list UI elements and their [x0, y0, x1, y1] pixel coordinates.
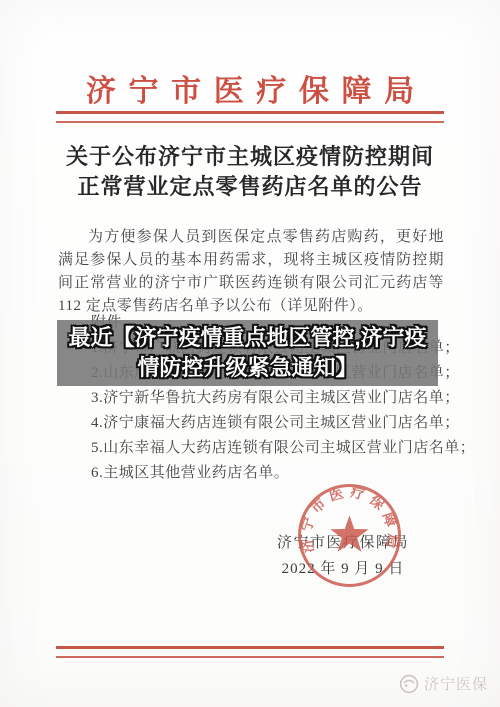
- seal-star-icon: [330, 515, 368, 552]
- watermark: 济宁医保: [399, 673, 488, 694]
- news-headline-overlay: 最近【济宁疫情重点地区管控,济宁疫 情防控升级紧急通知】: [57, 320, 438, 386]
- headline-line2: 情防控升级紧急通知】: [137, 353, 357, 383]
- letterhead-divider: [56, 111, 444, 123]
- footer-divider: [56, 646, 444, 658]
- attachment-item-5: 5.山东幸福人大药店连锁有限公司主城区营业门店名单；: [58, 436, 444, 461]
- body-paragraph: 为方便参保人员到医保定点零售药店购药，更好地满足参保人员的基本用药需求，现将主城…: [58, 226, 444, 318]
- watermark-label: 济宁医保: [424, 673, 488, 694]
- document-title-line2: 正常营业定点零售药店名单的公告: [0, 172, 500, 202]
- document-title-line1: 关于公布济宁市主城区疫情防控期间: [0, 142, 500, 172]
- jining-yibao-logo-icon: [399, 674, 419, 694]
- document-page: 济宁市医疗保障局 关于公布济宁市主城区疫情防控期间 正常营业定点零售药店名单的公…: [0, 0, 500, 707]
- attachment-item-3: 3.济宁新华鲁抗大药房有限公司主城区营业门店名单；: [58, 386, 444, 411]
- attachment-item-4: 4.济宁康福大药店连锁有限公司主城区营业门店名单；: [58, 411, 444, 436]
- headline-line1: 最近【济宁疫情重点地区管控,济宁疫: [68, 323, 426, 353]
- official-seal: 济宁市医疗保障局: [296, 482, 403, 589]
- agency-letterhead: 济宁市医疗保障局: [0, 66, 500, 110]
- document-title: 关于公布济宁市主城区疫情防控期间 正常营业定点零售药店名单的公告: [0, 142, 500, 202]
